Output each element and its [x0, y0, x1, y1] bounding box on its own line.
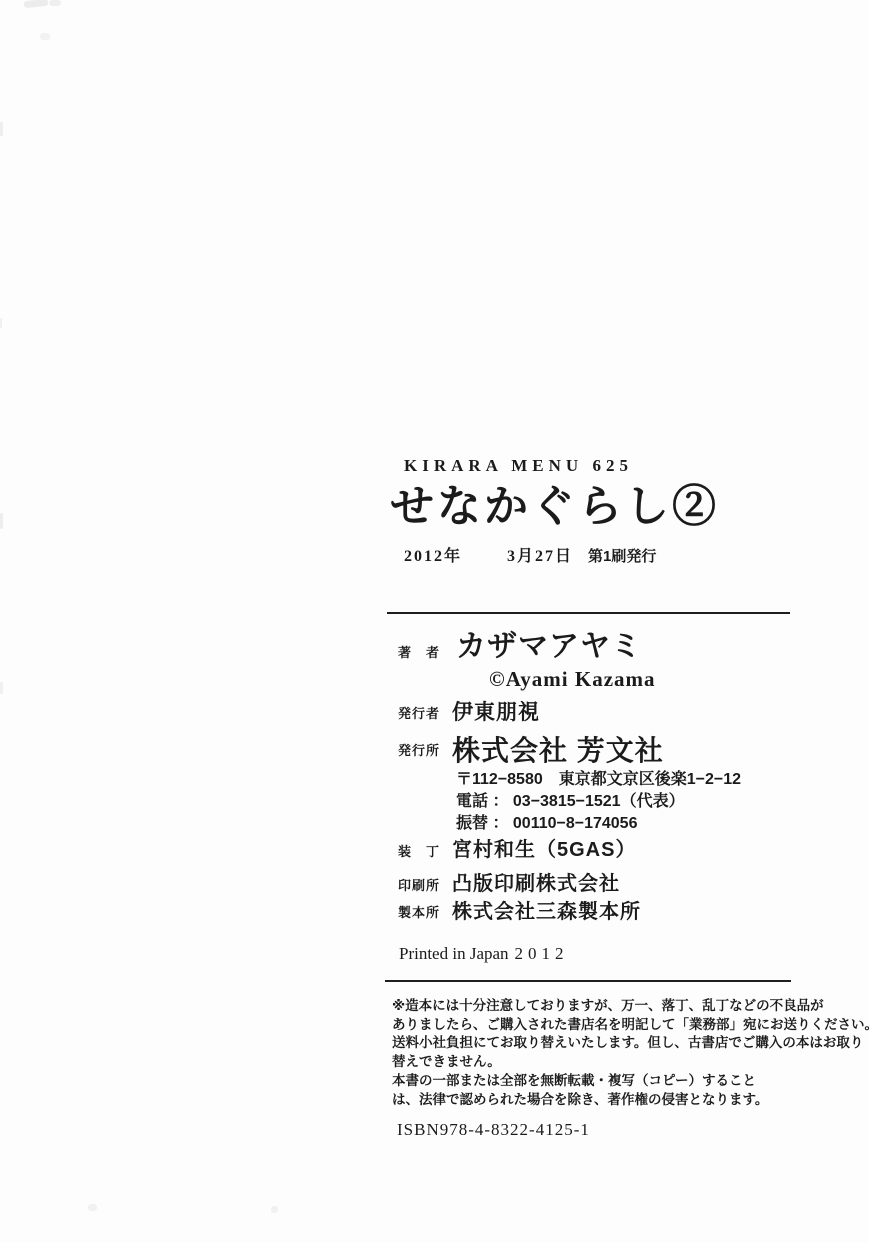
bindery-name: 株式会社三森製本所	[452, 902, 641, 922]
scan-artifact	[40, 33, 50, 40]
notice-line: ありましたら、ご購入された書店名を明記して「業務部」宛にお送りください。	[392, 1016, 869, 1035]
book-title: せなかぐらし②	[390, 485, 719, 529]
scan-artifact	[271, 1206, 278, 1213]
printed-in-japan: Printed in Japan2012	[399, 945, 569, 962]
author-name: カザマアヤミ	[456, 632, 642, 662]
isbn: ISBN978-4-8322-4125-1	[397, 1121, 590, 1138]
notice-line: 本書の一部または全部を無断転載・複写（コピー）すること	[392, 1072, 869, 1091]
publisher-phone: 電話 ： 03−3815−1521（代表）	[456, 794, 685, 810]
notice-line: 送料小社負担にてお取り替えいたします。但し、古書店でご購入の本はお取り	[392, 1034, 869, 1053]
author-label: 著 者	[398, 646, 440, 659]
notice-line: 替えできません。	[392, 1053, 869, 1072]
divider-top	[387, 612, 790, 614]
printer-label: 印刷所	[398, 879, 440, 892]
colophon-page: KIRARA MENU 625 せなかぐらし② 2012年 3月27日 第1刷発…	[0, 0, 869, 1243]
notice-line: は、法律で認められた場合を除き、著作権の侵害となります。	[392, 1091, 869, 1110]
publisher-postal-address: 〒112−8580 東京都文京区後楽1−2−12	[456, 772, 741, 788]
publisher-label: 発行所	[398, 744, 440, 757]
scan-artifact	[0, 513, 3, 529]
scan-artifact	[0, 682, 3, 694]
scan-artifact	[49, 0, 61, 6]
bindery-label: 製本所	[398, 906, 440, 919]
scan-artifact	[0, 122, 3, 136]
printed-in-text: Printed in Japan	[399, 944, 509, 963]
design-label: 装 丁	[398, 845, 440, 858]
printed-in-year: 2012	[515, 944, 569, 963]
scan-artifact	[88, 1204, 97, 1211]
copyright-credit: ©Ayami Kazama	[489, 669, 656, 690]
publisher-name: 株式会社 芳文社	[452, 737, 664, 765]
publisher-person-name: 伊東朋視	[452, 702, 540, 723]
print-year: 2012年	[404, 549, 462, 565]
print-date: 3月27日	[507, 549, 573, 565]
notice-block: ※造本には十分注意しておりますが、万一、落丁、乱丁などの不良品が ありましたら、…	[392, 997, 869, 1109]
series-code: KIRARA MENU 625	[404, 457, 633, 474]
scan-artifact	[0, 318, 2, 328]
notice-line: ※造本には十分注意しておりますが、万一、落丁、乱丁などの不良品が	[392, 997, 869, 1016]
publisher-transfer-account: 振替 ： 00110−8−174056	[456, 816, 637, 832]
divider-bottom	[385, 980, 791, 982]
scan-artifact	[24, 0, 49, 8]
design-name: 宮村和生（5GAS）	[452, 840, 636, 860]
printer-name: 凸版印刷株式会社	[452, 874, 620, 894]
publisher-person-label: 発行者	[398, 707, 440, 720]
print-edition: 第1刷発行	[588, 549, 656, 564]
